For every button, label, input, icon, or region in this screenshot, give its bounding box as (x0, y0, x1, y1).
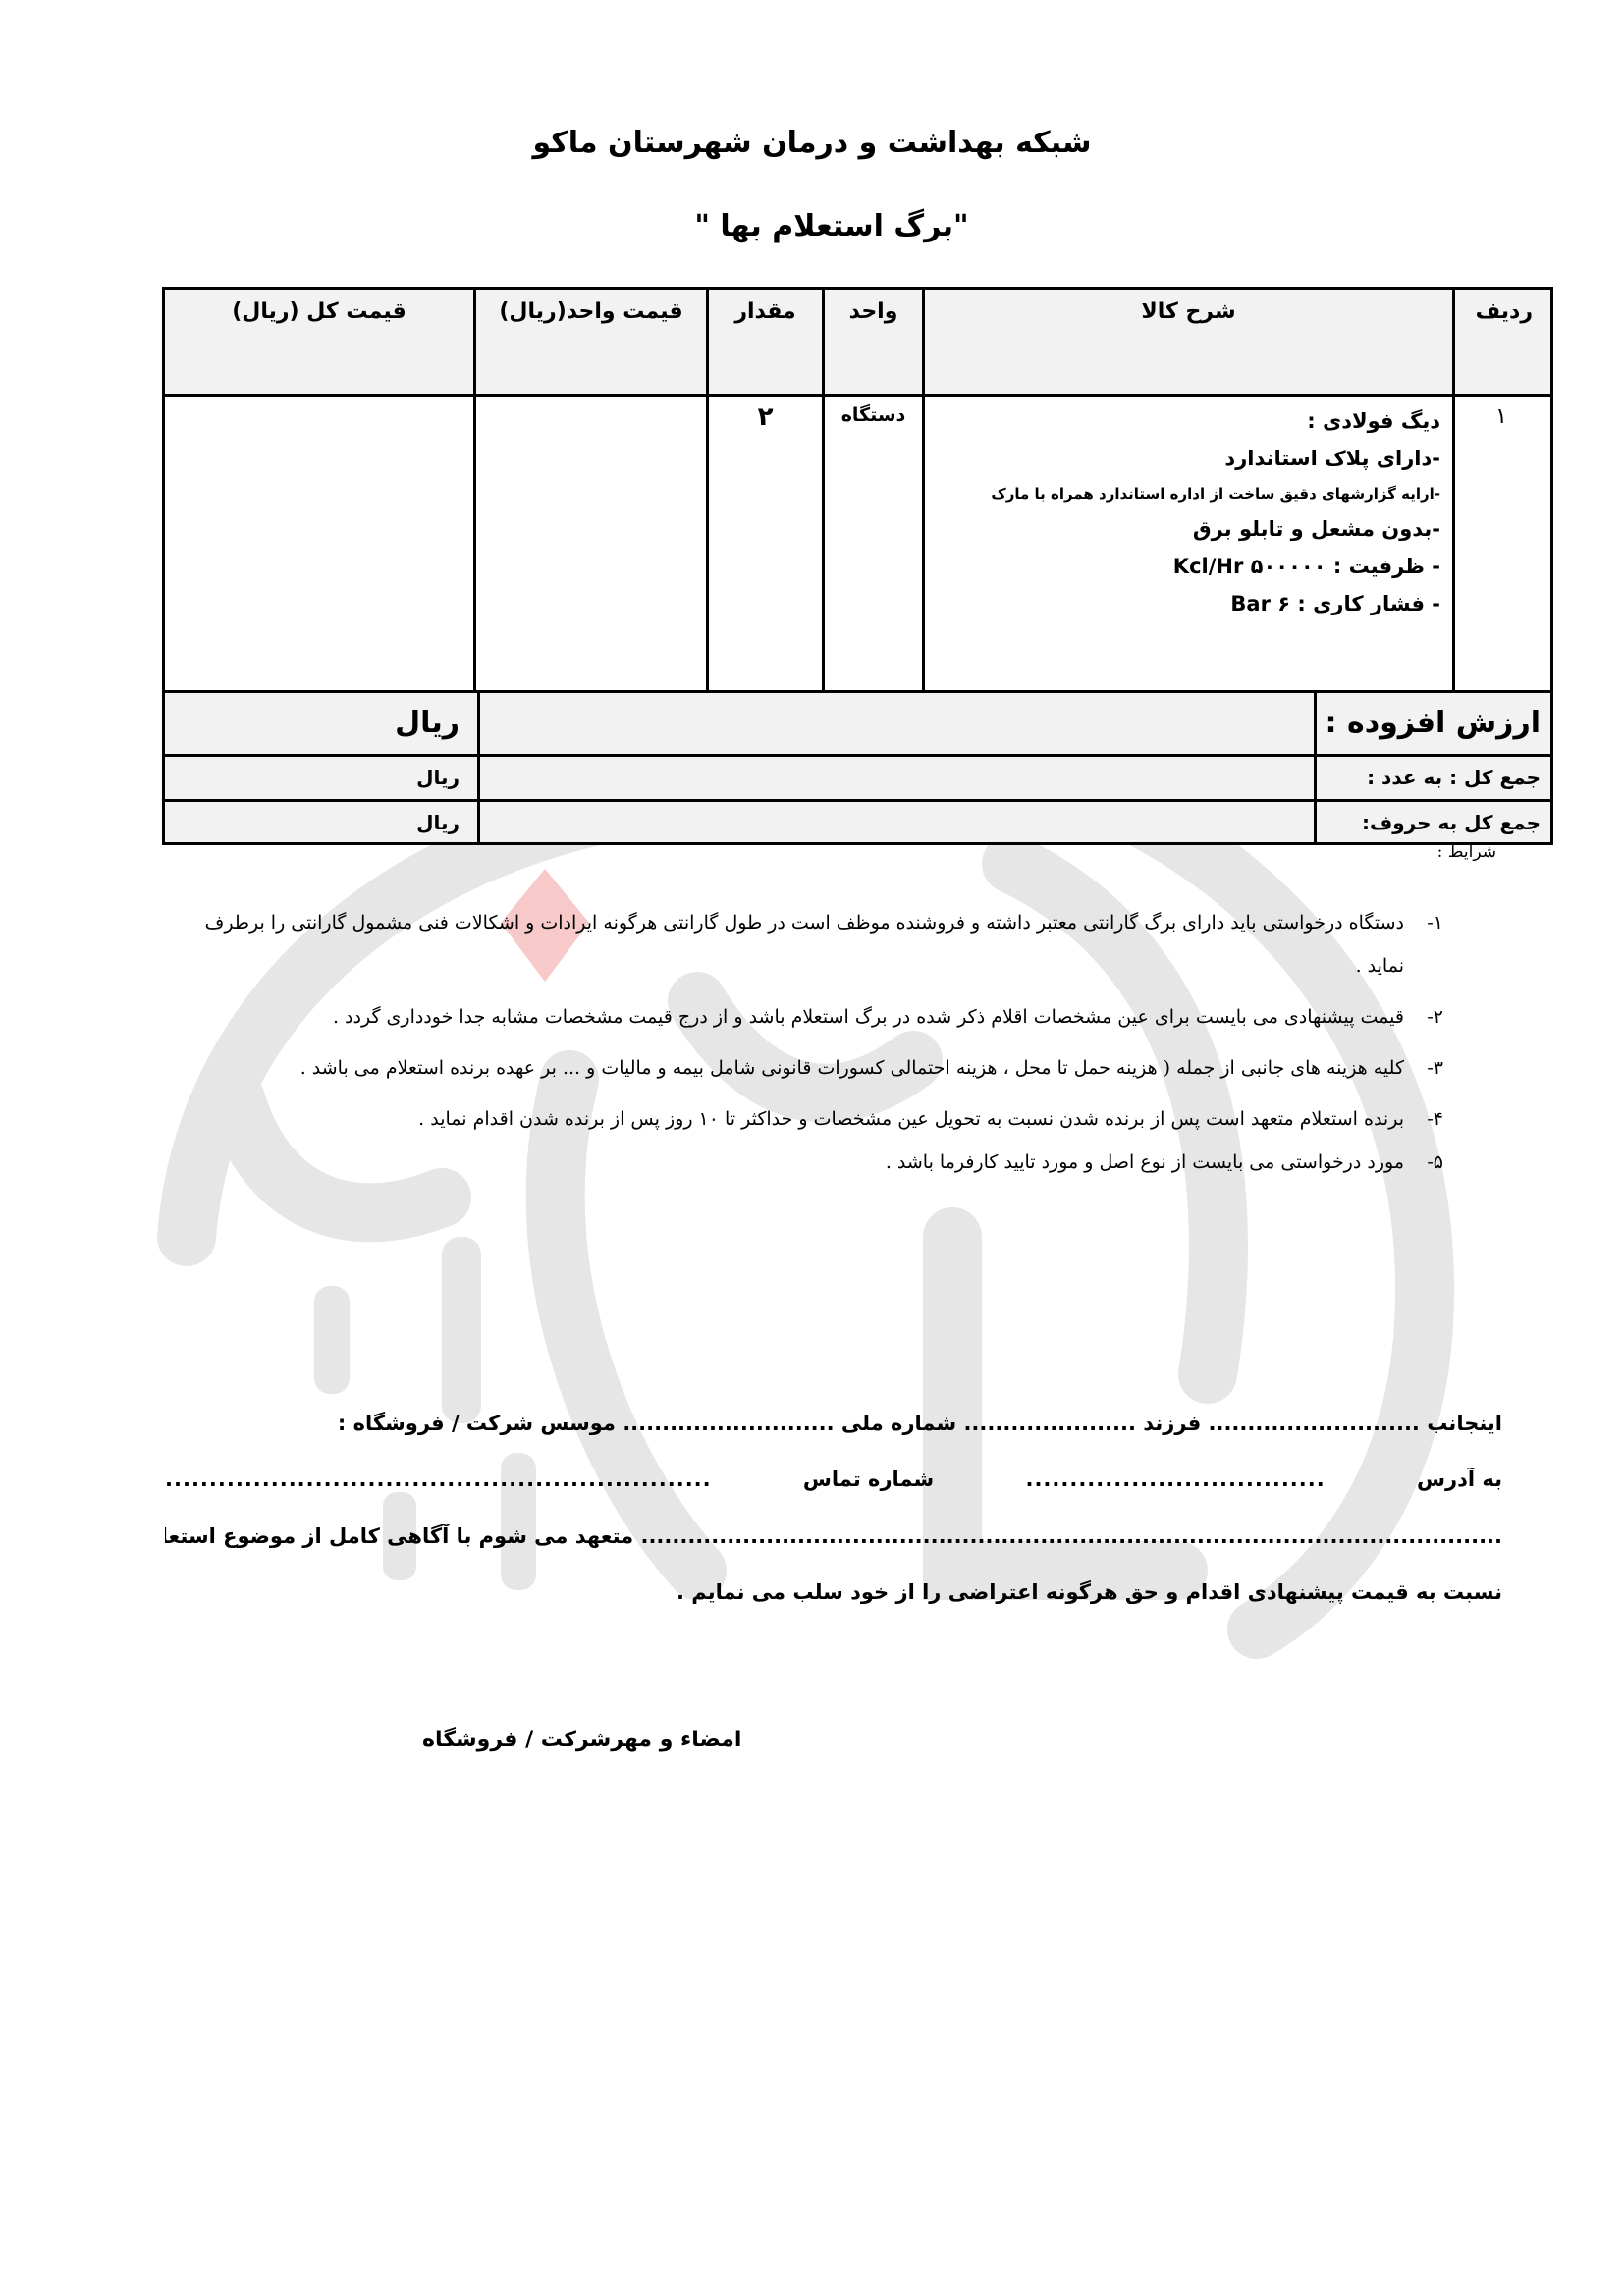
total-words-label: جمع کل به حروف: (1314, 802, 1550, 842)
condition-item: ۲- قیمت پیشنهادی می بایست برای عین مشخصا… (177, 995, 1443, 1039)
item-spec: -ارایه گزارشهای دقیق ساخت از اداره استان… (925, 477, 1440, 510)
declaration-line-2: به آدرس ................................… (165, 1468, 1502, 1491)
header-total-price: قیمت کل (ریال) (165, 290, 473, 394)
vat-value-field[interactable] (477, 693, 1314, 754)
vat-currency: ریال (165, 693, 477, 754)
cell-unit: دستگاه (822, 397, 922, 690)
total-numeric-label: جمع کل : به عدد : (1314, 757, 1550, 799)
declaration-line-4: نسبت به قیمت پیشنهادی اقدام و حق هرگونه … (165, 1580, 1502, 1604)
condition-item: ۴- برنده استعلام متعهد است پس از برنده ش… (177, 1097, 1443, 1141)
phone-label: شماره تماس (803, 1468, 934, 1491)
item-spec: -دارای پلاک استاندارد (925, 440, 1440, 477)
conditions-list: ۱- دستگاه درخواستی باید دارای برگ گارانت… (177, 901, 1443, 1184)
item-spec: -بدون مشعل و تابلو برق (925, 510, 1440, 548)
cell-radif: ۱ (1452, 397, 1550, 690)
cell-total-price-input[interactable] (165, 397, 473, 690)
item-spec: - ظرفیت : ۵۰۰۰۰۰ Kcl/Hr (925, 548, 1440, 585)
total-numeric-row: جمع کل : به عدد : ریال (165, 757, 1550, 802)
header-quantity: مقدار (706, 290, 822, 394)
conditions-title: شرایط : (1437, 842, 1496, 862)
vat-label: ارزش افزوده : (1314, 693, 1550, 754)
item-spec: - فشار کاری : ۶ Bar (925, 585, 1440, 622)
condition-item: ۵- مورد درخواستی می بایست از نوع اصل و م… (177, 1141, 1443, 1184)
inquiry-table: ردیف شرح کالا واحد مقدار قیمت واحد(ریال)… (162, 287, 1553, 845)
vat-row: ارزش افزوده : ریال (165, 693, 1550, 757)
header-unit-price: قیمت واحد(ریال) (473, 290, 706, 394)
declaration-line-3: ........................................… (165, 1524, 1502, 1548)
total-numeric-currency: ریال (165, 757, 477, 799)
header-description: شرح کالا (922, 290, 1452, 394)
table-row: ۱ دیگ فولادی : -دارای پلاک استاندارد -ار… (165, 397, 1550, 693)
total-words-currency: ریال (165, 802, 477, 842)
address-field[interactable]: .................................. (1025, 1468, 1325, 1491)
form-title: "برگ استعلام بها " (0, 209, 1624, 243)
organization-title: شبکه بهداشت و درمان شهرستان ماکو (0, 126, 1624, 160)
total-words-row: جمع کل به حروف: ریال (165, 802, 1550, 842)
cell-quantity: ۲ (706, 397, 822, 690)
signature-label: امضاء و مهرشرکت / فروشگاه (422, 1728, 741, 1752)
condition-item: ۳- کلیه هزینه های جانبی از جمله ( هزینه … (177, 1046, 1443, 1090)
item-title: دیگ فولادی : (925, 402, 1440, 440)
cell-description: دیگ فولادی : -دارای پلاک استاندارد -ارای… (922, 397, 1452, 690)
phone-field[interactable]: ........................................… (165, 1468, 712, 1491)
address-label: به آدرس (1417, 1468, 1502, 1491)
table-header-row: ردیف شرح کالا واحد مقدار قیمت واحد(ریال)… (165, 290, 1550, 397)
total-words-field[interactable] (477, 802, 1314, 842)
condition-item: ۱- دستگاه درخواستی باید دارای برگ گارانت… (177, 901, 1443, 988)
total-numeric-field[interactable] (477, 757, 1314, 799)
declaration-line-1: اینجانب ........................... فرزن… (165, 1412, 1502, 1435)
cell-unit-price-input[interactable] (473, 397, 706, 690)
header-unit: واحد (822, 290, 922, 394)
header-radif: ردیف (1452, 290, 1550, 394)
